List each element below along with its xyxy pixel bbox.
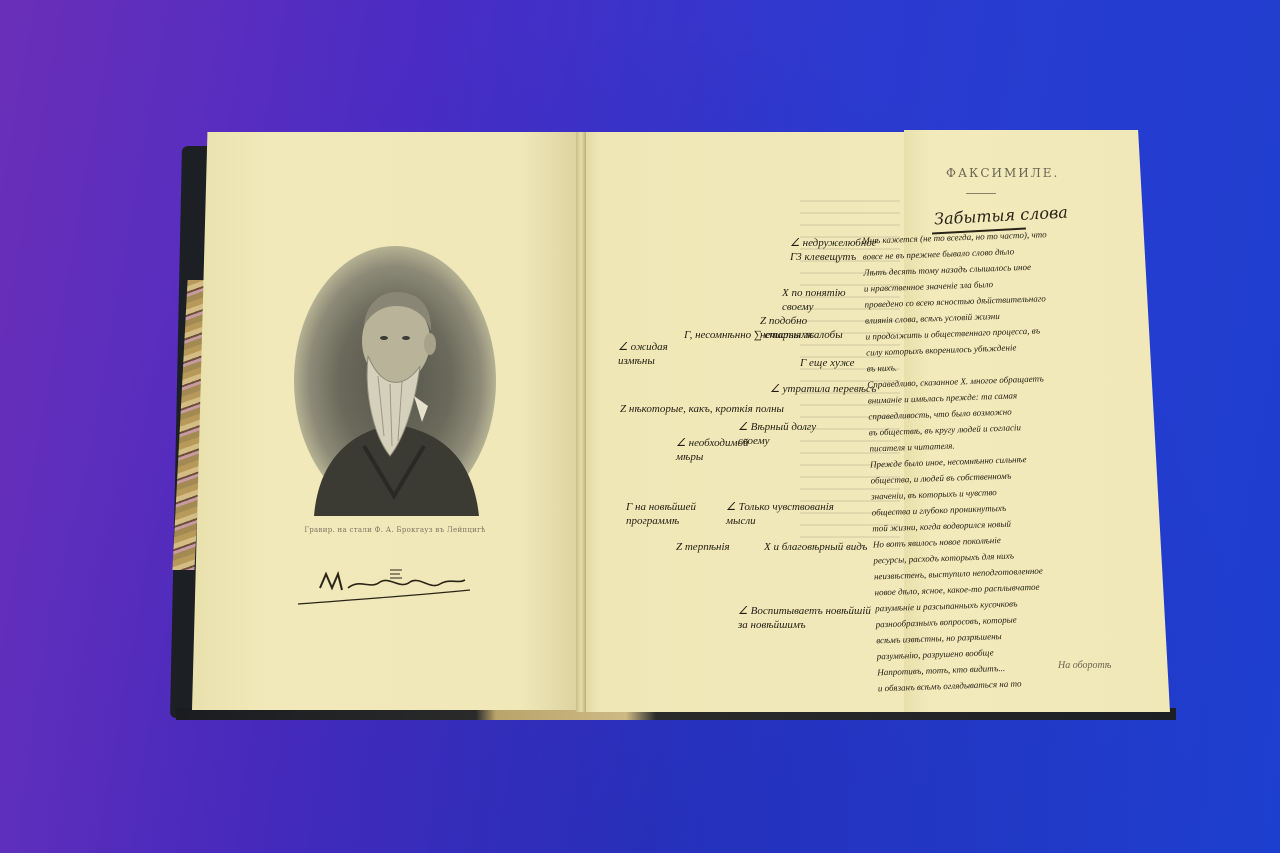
title-rule bbox=[966, 193, 996, 194]
margin-note: Г на новѣйшей программѣ bbox=[626, 500, 696, 529]
book-gutter bbox=[576, 132, 586, 712]
margin-note: ∠ утратила перевѣсъ bbox=[770, 382, 876, 396]
margin-note: Z терпѣнія bbox=[676, 540, 730, 554]
portrait-figure-icon bbox=[294, 246, 496, 516]
margin-note: Z нѣкоторые, какъ, кроткія полны bbox=[620, 402, 784, 416]
margin-note: ∠ Вѣрный долгу своему bbox=[738, 420, 816, 449]
page-footer-note: На оборотѣ bbox=[1058, 660, 1111, 671]
margin-note: ∠ Только чувствованія мысли bbox=[726, 500, 834, 529]
engraver-credit: Гравир. на стали Ф. А. Брокгауз въ Лейпц… bbox=[300, 526, 490, 534]
margin-note: X и благовѣрный видъ bbox=[764, 540, 867, 554]
margin-note: Г, несомнѣнно ∑ старыя жалобы bbox=[684, 328, 843, 342]
margin-note: Г еще хуже bbox=[800, 356, 855, 370]
engraved-portrait bbox=[294, 246, 496, 516]
manuscript-text: Мнѣ кажется (не то всегда, но то часто),… bbox=[862, 224, 1138, 697]
margin-note: ∠ ожидая измѣны bbox=[618, 340, 668, 369]
margin-note: ∠ Воспитываетъ новѣйшій за новѣйшимъ bbox=[738, 604, 871, 633]
margin-note: ∠ необходимой мѣры bbox=[676, 436, 749, 465]
margin-note: X по понятію своему bbox=[782, 286, 846, 315]
signature-icon bbox=[290, 560, 480, 610]
author-signature bbox=[290, 560, 480, 610]
facsimile-title: ФАКСИМИЛЕ. bbox=[946, 166, 1059, 180]
margin-note: ∠ недружелюбное Г3 клевещутъ bbox=[790, 236, 877, 265]
